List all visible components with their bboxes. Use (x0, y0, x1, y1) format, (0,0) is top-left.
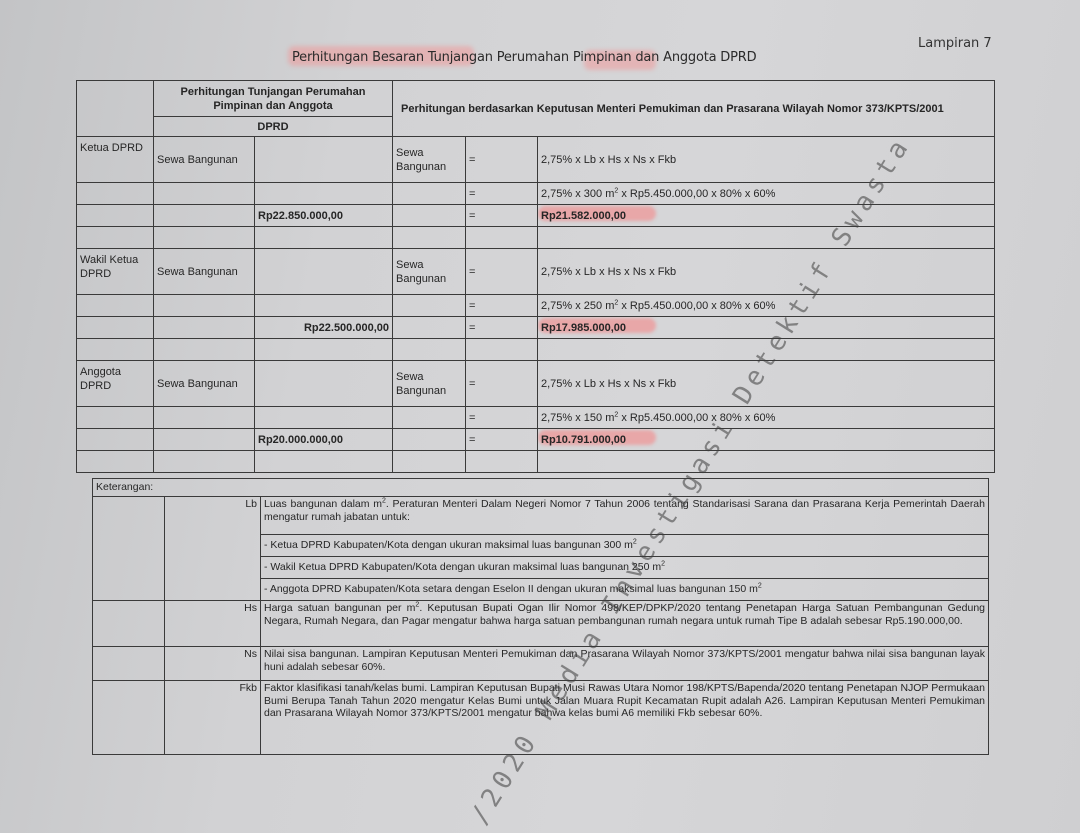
blank-cell (538, 451, 995, 473)
table-row: Ketua DPRD Sewa Bangunan Sewa Bangunan =… (77, 137, 995, 183)
blank-cell (77, 205, 154, 227)
note-bullet-anggota: - Anggota DPRD Kabupaten/Kota setara den… (261, 579, 989, 601)
blank-cell (77, 227, 154, 249)
table-row: Wakil Ketua DPRD Sewa Bangunan Sewa Bang… (77, 249, 995, 295)
table-row: Anggota DPRD Sewa Bangunan Sewa Bangunan… (77, 361, 995, 407)
formula-cell: 2,75% x Lb x Hs x Ns x Fkb (538, 137, 995, 183)
blank-cell (154, 339, 255, 361)
notes-table: Keterangan: Lb Luas bangunan dalam m2. P… (92, 478, 989, 755)
equals-cell: = (466, 317, 538, 339)
allowance-amount: Rp20.000.000,00 (255, 429, 393, 451)
blank-cell (154, 227, 255, 249)
blank-cell (255, 407, 393, 429)
header-right-title: Perhitungan berdasarkan Keputusan Menter… (393, 81, 995, 137)
position-cell: Wakil Ketua DPRD (77, 249, 154, 295)
result-amount: Rp10.791.000,00 (538, 429, 995, 451)
blank-cell (154, 429, 255, 451)
result-amount: Rp21.582.000,00 (538, 205, 995, 227)
blank-cell (154, 205, 255, 227)
blank-cell (255, 137, 393, 183)
formula-cell: 2,75% x Lb x Hs x Ns x Fkb (538, 361, 995, 407)
note-code-fkb: Fkb (165, 681, 261, 755)
table-row: Rp22.500.000,00 = Rp17.985.000,00 (77, 317, 995, 339)
blank-cell (255, 249, 393, 295)
table-row: Rp22.850.000,00 = Rp21.582.000,00 (77, 205, 995, 227)
blank-cell (77, 451, 154, 473)
note-code-lb: Lb (165, 497, 261, 601)
blank-cell (538, 339, 995, 361)
header-blank-cell (77, 81, 154, 137)
blank-cell (255, 451, 393, 473)
table-row: = 2,75% x 300 m2 x Rp5.450.000,00 x 80% … (77, 183, 995, 205)
note-text-hs: Harga satuan bangunan per m2. Keputusan … (261, 601, 989, 647)
notes-blank-cell (93, 601, 165, 647)
blank-cell (154, 451, 255, 473)
blank-cell (393, 339, 466, 361)
item-cell: Sewa Bangunan (154, 249, 255, 295)
table-row: = 2,75% x 250 m2 x Rp5.450.000,00 x 80% … (77, 295, 995, 317)
blank-cell (77, 317, 154, 339)
calc-label-cell: Sewa Bangunan (393, 361, 466, 407)
note-bullet-ketua: - Ketua DPRD Kabupaten/Kota dengan ukura… (261, 535, 989, 557)
blank-cell (154, 295, 255, 317)
blank-cell (393, 183, 466, 205)
equals-cell: = (466, 361, 538, 407)
blank-cell (393, 407, 466, 429)
substitution-cell: 2,75% x 150 m2 x Rp5.450.000,00 x 80% x … (538, 407, 995, 429)
blank-cell (255, 183, 393, 205)
blank-cell (77, 339, 154, 361)
header-left-title: Perhitungan Tunjangan Perumahan Pimpinan… (154, 81, 393, 117)
calc-label-cell: Sewa Bangunan (393, 249, 466, 295)
blank-cell (393, 205, 466, 227)
blank-cell (538, 227, 995, 249)
equals-cell: = (466, 137, 538, 183)
blank-cell (393, 317, 466, 339)
blank-cell (393, 295, 466, 317)
table-row (77, 451, 995, 473)
blank-cell (255, 295, 393, 317)
blank-cell (393, 429, 466, 451)
note-text-ns: Nilai sisa bangunan. Lampiran Keputusan … (261, 647, 989, 681)
calculation-table: Perhitungan Tunjangan Perumahan Pimpinan… (76, 80, 995, 473)
blank-cell (393, 451, 466, 473)
item-cell: Sewa Bangunan (154, 137, 255, 183)
notes-blank-cell (93, 647, 165, 681)
blank-cell (154, 183, 255, 205)
allowance-amount: Rp22.500.000,00 (255, 317, 393, 339)
equals-cell: = (466, 183, 538, 205)
table-row: Rp20.000.000,00 = Rp10.791.000,00 (77, 429, 995, 451)
item-cell: Sewa Bangunan (154, 361, 255, 407)
blank-cell (77, 183, 154, 205)
note-bullet-wakil: - Wakil Ketua DPRD Kabupaten/Kota dengan… (261, 557, 989, 579)
attachment-label: Lampiran 7 (918, 36, 992, 51)
blank-cell (255, 361, 393, 407)
blank-cell (255, 339, 393, 361)
equals-cell: = (466, 205, 538, 227)
equals-cell: = (466, 429, 538, 451)
formula-cell: 2,75% x Lb x Hs x Ns x Fkb (538, 249, 995, 295)
blank-cell (154, 317, 255, 339)
blank-cell (154, 407, 255, 429)
equals-cell: = (466, 407, 538, 429)
document-title: Perhitungan Besaran Tunjangan Perumahan … (292, 50, 756, 65)
blank-cell (466, 451, 538, 473)
equals-cell: = (466, 295, 538, 317)
calc-label-cell: Sewa Bangunan (393, 137, 466, 183)
note-code-ns: Ns (165, 647, 261, 681)
substitution-cell: 2,75% x 250 m2 x Rp5.450.000,00 x 80% x … (538, 295, 995, 317)
note-text-fkb: Faktor klasifikasi tanah/kelas bumi. Lam… (261, 681, 989, 755)
header-left-subtitle: DPRD (154, 117, 393, 137)
blank-cell (466, 339, 538, 361)
blank-cell (255, 227, 393, 249)
blank-cell (77, 429, 154, 451)
blank-cell (466, 227, 538, 249)
substitution-cell: 2,75% x 300 m2 x Rp5.450.000,00 x 80% x … (538, 183, 995, 205)
allowance-amount: Rp22.850.000,00 (255, 205, 393, 227)
position-cell: Anggota DPRD (77, 361, 154, 407)
notes-label: Keterangan: (93, 479, 989, 497)
result-amount: Rp17.985.000,00 (538, 317, 995, 339)
equals-cell: = (466, 249, 538, 295)
blank-cell (77, 295, 154, 317)
table-row (77, 227, 995, 249)
blank-cell (77, 407, 154, 429)
notes-blank-cell (93, 497, 165, 601)
note-text-lb: Luas bangunan dalam m2. Peraturan Menter… (261, 497, 989, 535)
table-header-row: Perhitungan Tunjangan Perumahan Pimpinan… (77, 81, 995, 117)
notes-blank-cell (93, 681, 165, 755)
blank-cell (393, 227, 466, 249)
table-row: = 2,75% x 150 m2 x Rp5.450.000,00 x 80% … (77, 407, 995, 429)
position-cell: Ketua DPRD (77, 137, 154, 183)
note-code-hs: Hs (165, 601, 261, 647)
table-row (77, 339, 995, 361)
